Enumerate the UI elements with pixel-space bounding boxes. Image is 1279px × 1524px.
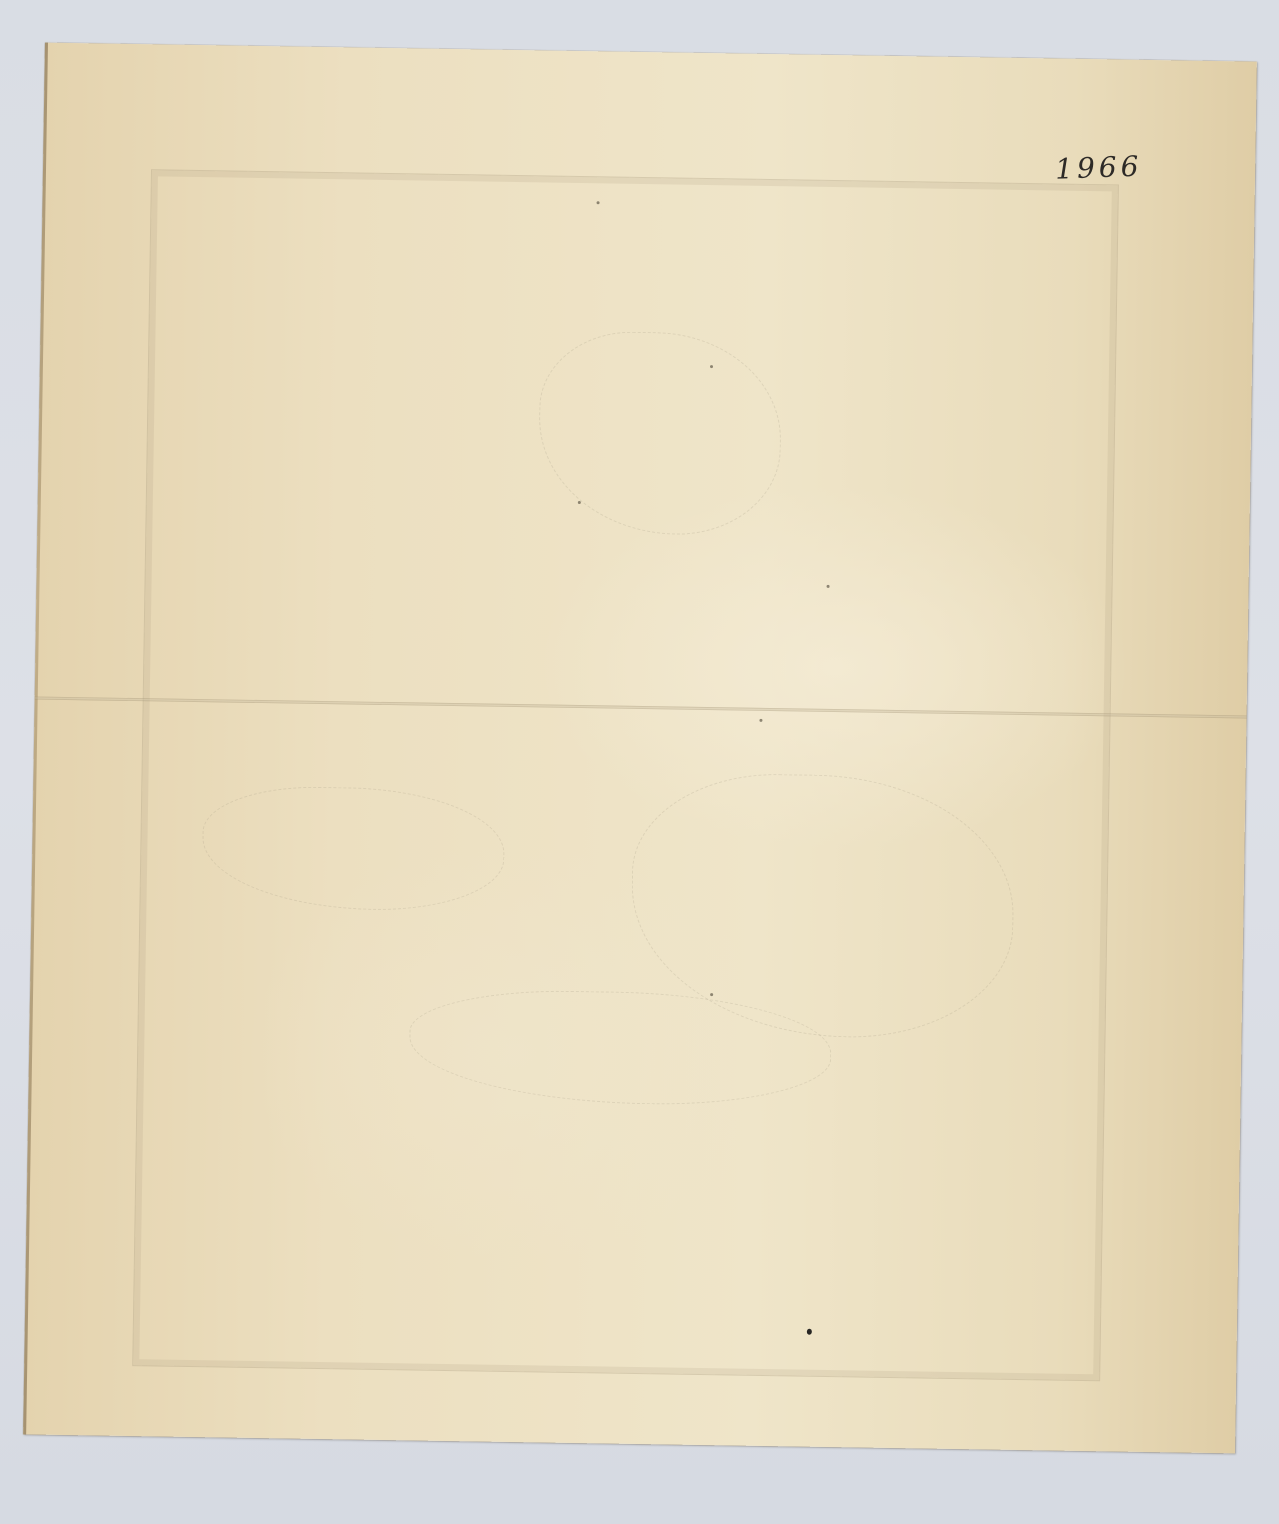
ink-dot: [807, 1329, 812, 1335]
speck: [710, 365, 713, 368]
handwritten-year: 1966: [1055, 150, 1143, 186]
speck: [578, 501, 581, 504]
speck: [759, 719, 762, 722]
speck: [827, 585, 830, 588]
speck: [710, 993, 713, 996]
paper-sheet: 1966: [23, 43, 1257, 1454]
speck: [597, 201, 600, 204]
